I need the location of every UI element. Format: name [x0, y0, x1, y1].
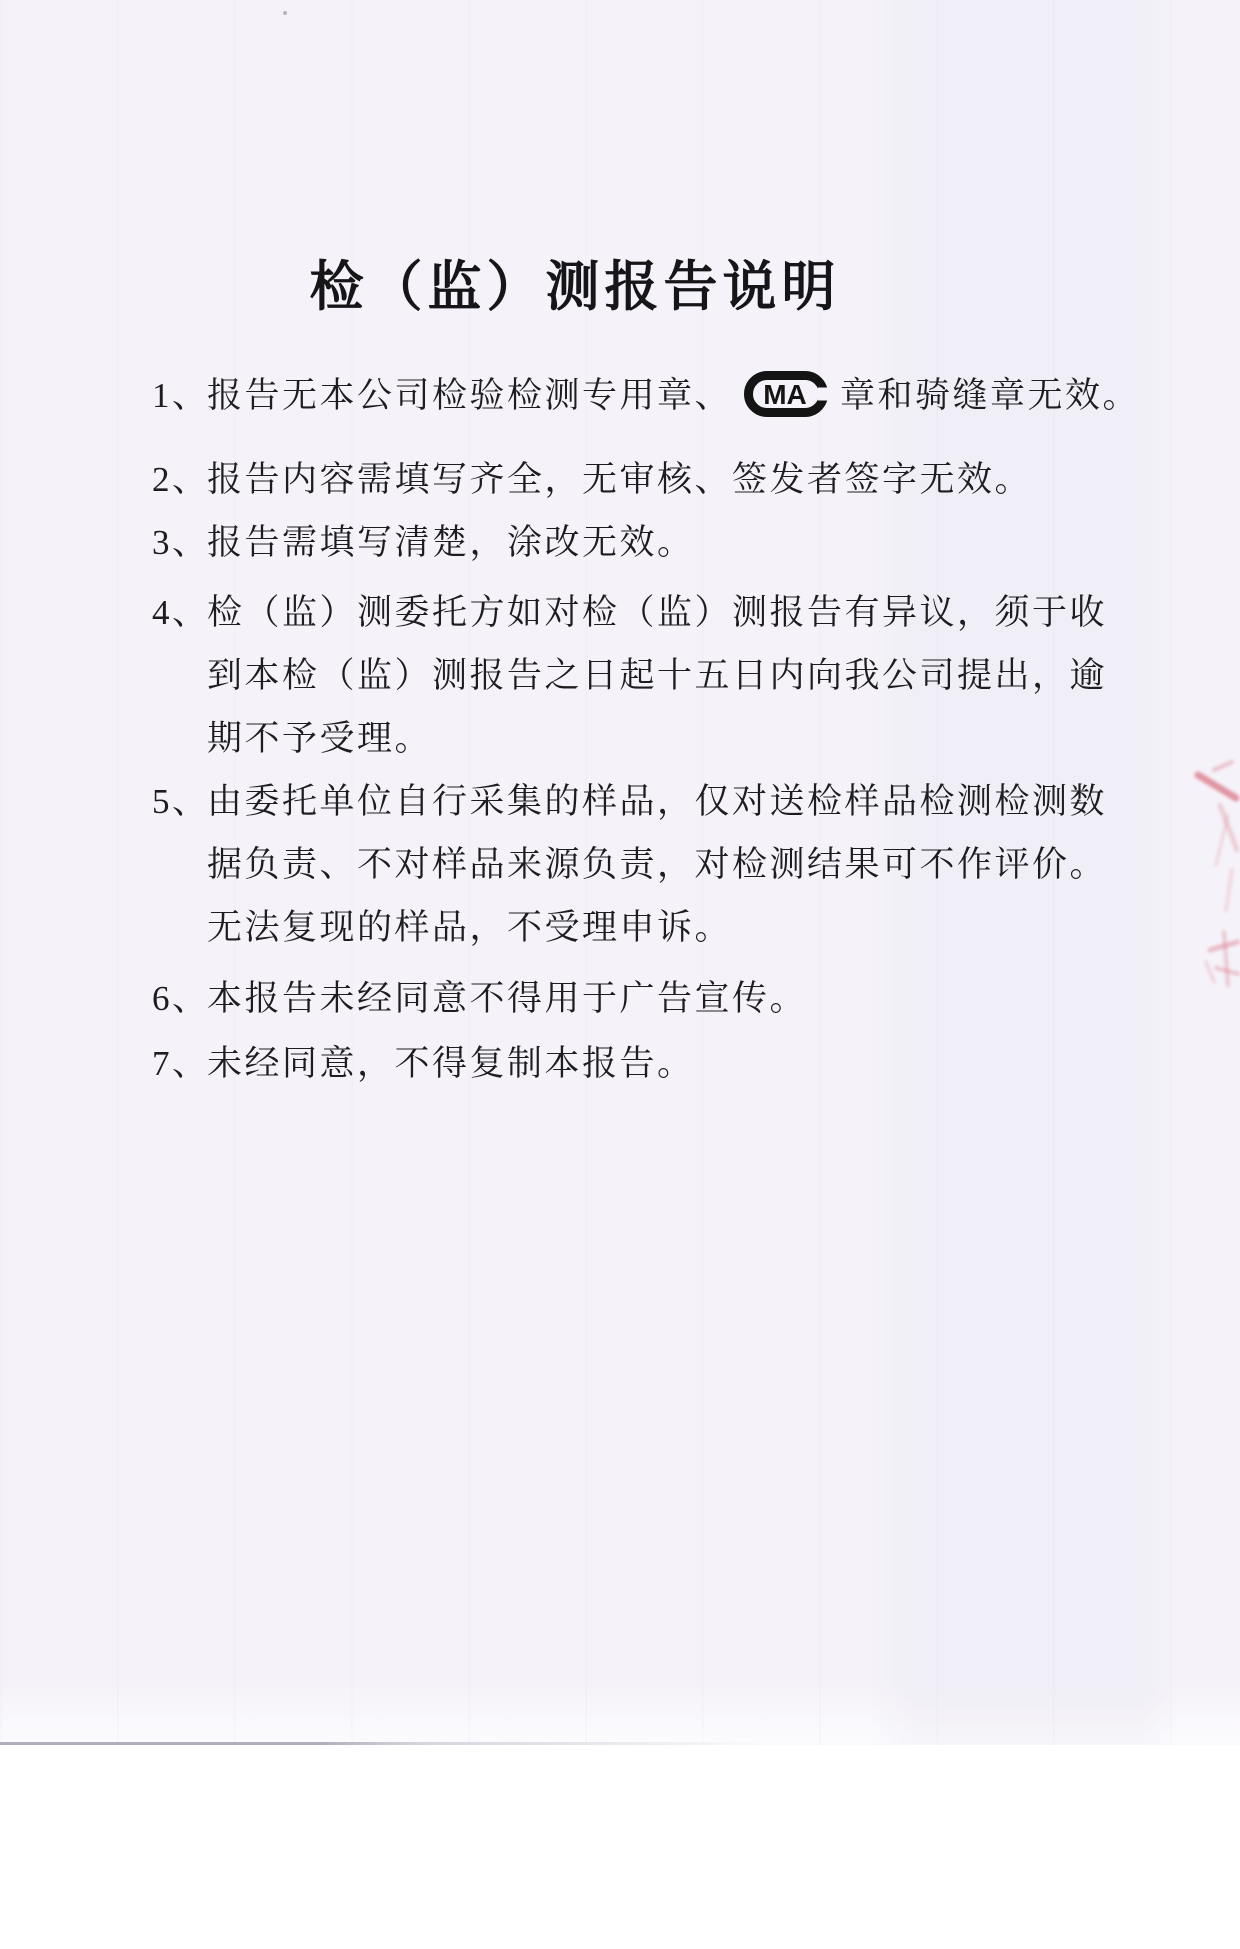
item-5-number: 5、 [152, 770, 207, 833]
list-item-7: 7、未经同意，不得复制本报告。 [152, 1032, 1152, 1095]
item-1-line: 1、报告无本公司检验检测专用章、MA章和骑缝章无效。 [152, 364, 1152, 427]
title-wrap: 检（监）测报告说明 [0, 248, 1240, 326]
scan-speck [283, 11, 287, 15]
item-4-text-1: 检（监）测委托方如对检（监）测报告有异议，须于收 [207, 593, 1107, 632]
notes-list: 1、报告无本公司检验检测专用章、MA章和骑缝章无效。 2、报告内容需填写齐全，无… [152, 364, 1152, 1095]
item-1-text-before-logo: 报告无本公司检验检测专用章、 [207, 376, 732, 415]
cma-logo-text: MA [744, 371, 828, 417]
item-4-line-1: 4、检（监）测委托方如对检（监）测报告有异议，须于收 [152, 581, 1152, 644]
item-7-line: 7、未经同意，不得复制本报告。 [152, 1032, 1152, 1095]
item-2-text: 报告内容需填写齐全，无审核、签发者签字无效。 [207, 460, 1032, 499]
item-3-line: 3、报告需填写清楚，涂改无效。 [152, 511, 1152, 574]
list-item-1: 1、报告无本公司检验检测专用章、MA章和骑缝章无效。 [152, 364, 1152, 427]
item-1-text-after-logo: 章和骑缝章无效。 [840, 376, 1140, 415]
red-seal-fragment-icon [1180, 620, 1240, 1020]
item-4-line-2: 到本检（监）测报告之日起十五日内向我公司提出，逾 [152, 644, 1152, 707]
item-5-line-3: 无法复现的样品，不受理申诉。 [152, 896, 1152, 959]
item-7-number: 7、 [152, 1032, 207, 1095]
scanner-background [0, 1745, 1240, 1949]
cma-logo-icon: MA [744, 371, 828, 417]
list-item-3: 3、报告需填写清楚，涂改无效。 [152, 511, 1152, 574]
item-5-line-2: 据负责、不对样品来源负责，对检测结果可不作评价。 [152, 833, 1152, 896]
item-3-text: 报告需填写清楚，涂改无效。 [207, 523, 695, 562]
page-title: 检（监）测报告说明 [310, 248, 841, 326]
list-item-2: 2、报告内容需填写齐全，无审核、签发者签字无效。 [152, 448, 1152, 511]
item-7-text: 未经同意，不得复制本报告。 [207, 1044, 695, 1083]
list-item-5: 5、由委托单位自行采集的样品，仅对送检样品检测检测数 据负责、不对样品来源负责，… [152, 770, 1152, 959]
document-page: 检（监）测报告说明 1、报告无本公司检验检测专用章、MA章和骑缝章无效。 2、报… [0, 0, 1240, 1745]
item-1-number: 1、 [152, 364, 207, 427]
item-4-number: 4、 [152, 581, 207, 644]
list-item-6: 6、本报告未经同意不得用于广告宣传。 [152, 967, 1152, 1030]
item-5-line-1: 5、由委托单位自行采集的样品，仅对送检样品检测检测数 [152, 770, 1152, 833]
item-6-line: 6、本报告未经同意不得用于广告宣传。 [152, 967, 1152, 1030]
item-6-text: 本报告未经同意不得用于广告宣传。 [207, 979, 807, 1018]
item-3-number: 3、 [152, 511, 207, 574]
item-6-number: 6、 [152, 967, 207, 1030]
item-2-number: 2、 [152, 448, 207, 511]
item-2-line: 2、报告内容需填写齐全，无审核、签发者签字无效。 [152, 448, 1152, 511]
item-5-text-1: 由委托单位自行采集的样品，仅对送检样品检测检测数 [207, 782, 1107, 821]
scanned-document: 检（监）测报告说明 1、报告无本公司检验检测专用章、MA章和骑缝章无效。 2、报… [0, 0, 1240, 1949]
list-item-4: 4、检（监）测委托方如对检（监）测报告有异议，须于收 到本检（监）测报告之日起十… [152, 581, 1152, 770]
item-4-line-3: 期不予受理。 [152, 707, 1152, 770]
